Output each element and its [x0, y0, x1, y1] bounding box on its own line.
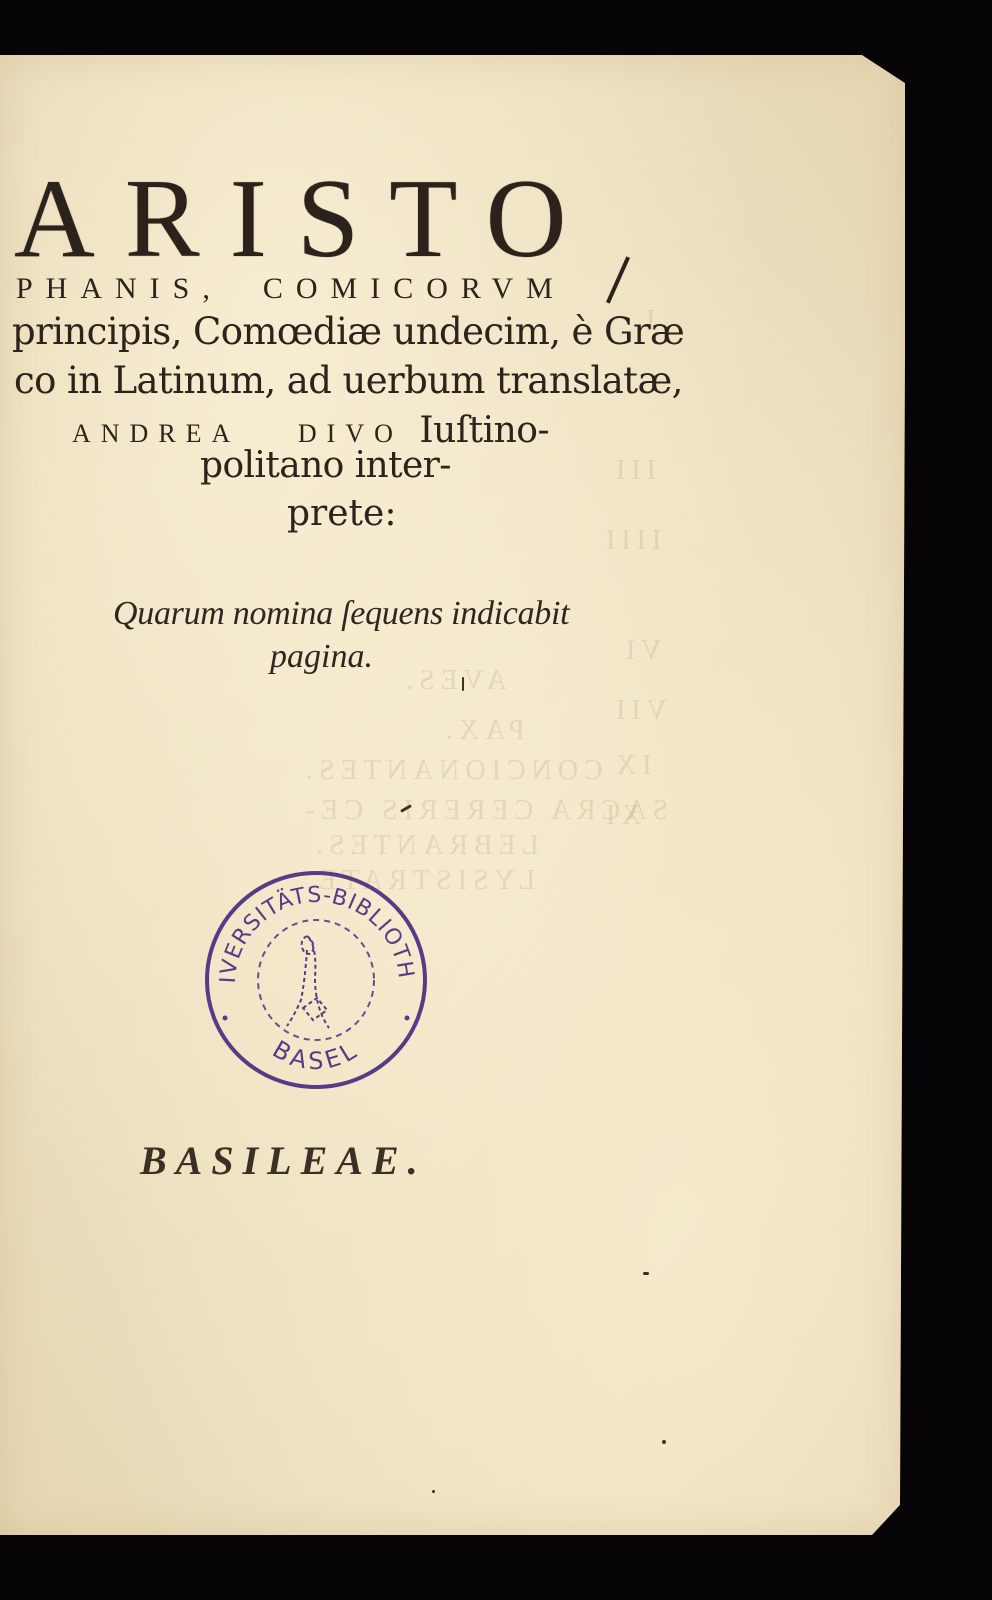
- title-large: ARISTO: [14, 163, 596, 275]
- show-through-mark: VII: [610, 695, 667, 727]
- ink-speck: [662, 1440, 666, 1444]
- show-through-mark: IIII: [600, 525, 661, 557]
- hyphen-mark: [606, 256, 630, 303]
- show-through-mark: SACRA CERERIS CE-: [300, 795, 668, 827]
- phanis-text: PHANIS,: [16, 272, 223, 305]
- basel-crosier-icon: [287, 936, 329, 1028]
- title-line-politano: politano inter-: [200, 445, 451, 486]
- show-through-mark: IX: [610, 750, 652, 782]
- ink-speck: [643, 1272, 649, 1275]
- ink-speck: [432, 1490, 435, 1493]
- show-through-mark: VI: [620, 635, 662, 667]
- andrea-text: ANDREA: [72, 419, 239, 448]
- caps-line: PHANIS,COMICORVM: [16, 272, 566, 306]
- title-line-prete: prete:: [287, 493, 396, 534]
- title-line-1: principis, Comœdiæ undecim, è Græ: [12, 310, 684, 353]
- show-through-mark: PAX.: [440, 715, 524, 747]
- contents-note-line-1: Quarum nomina ſequens indicabit: [113, 595, 569, 633]
- library-stamp: UNIVERSITÄTS-BIBLIOTHEK BASEL: [203, 868, 429, 1092]
- show-through-mark: LEBRANTES.: [310, 830, 539, 862]
- title-line-2: co in Latinum, ad uerbum translatæ,: [14, 359, 683, 402]
- svg-text:UNIVERSITÄTS-BIBLIOTHEK: UNIVERSITÄTS-BIBLIOTHEK: [203, 868, 418, 984]
- show-through-mark: III: [610, 455, 656, 487]
- contents-note-line-2: pagina.: [270, 638, 373, 676]
- svg-text:BASEL: BASEL: [268, 1035, 364, 1075]
- imprint-basileae: BASILEAE.: [140, 1137, 427, 1184]
- book-page: I III IIII VI VII IX XI AVES. PAX. CONCI…: [0, 55, 905, 1535]
- show-through-mark: CONCIONANTES.: [300, 755, 603, 787]
- comicorum-text: COMICORVM: [263, 272, 566, 305]
- divo-text: DIVO: [298, 419, 403, 448]
- ink-speck: [462, 677, 464, 691]
- stamp-icon: UNIVERSITÄTS-BIBLIOTHEK BASEL: [203, 868, 429, 1092]
- show-through-mark: AVES.: [400, 665, 507, 697]
